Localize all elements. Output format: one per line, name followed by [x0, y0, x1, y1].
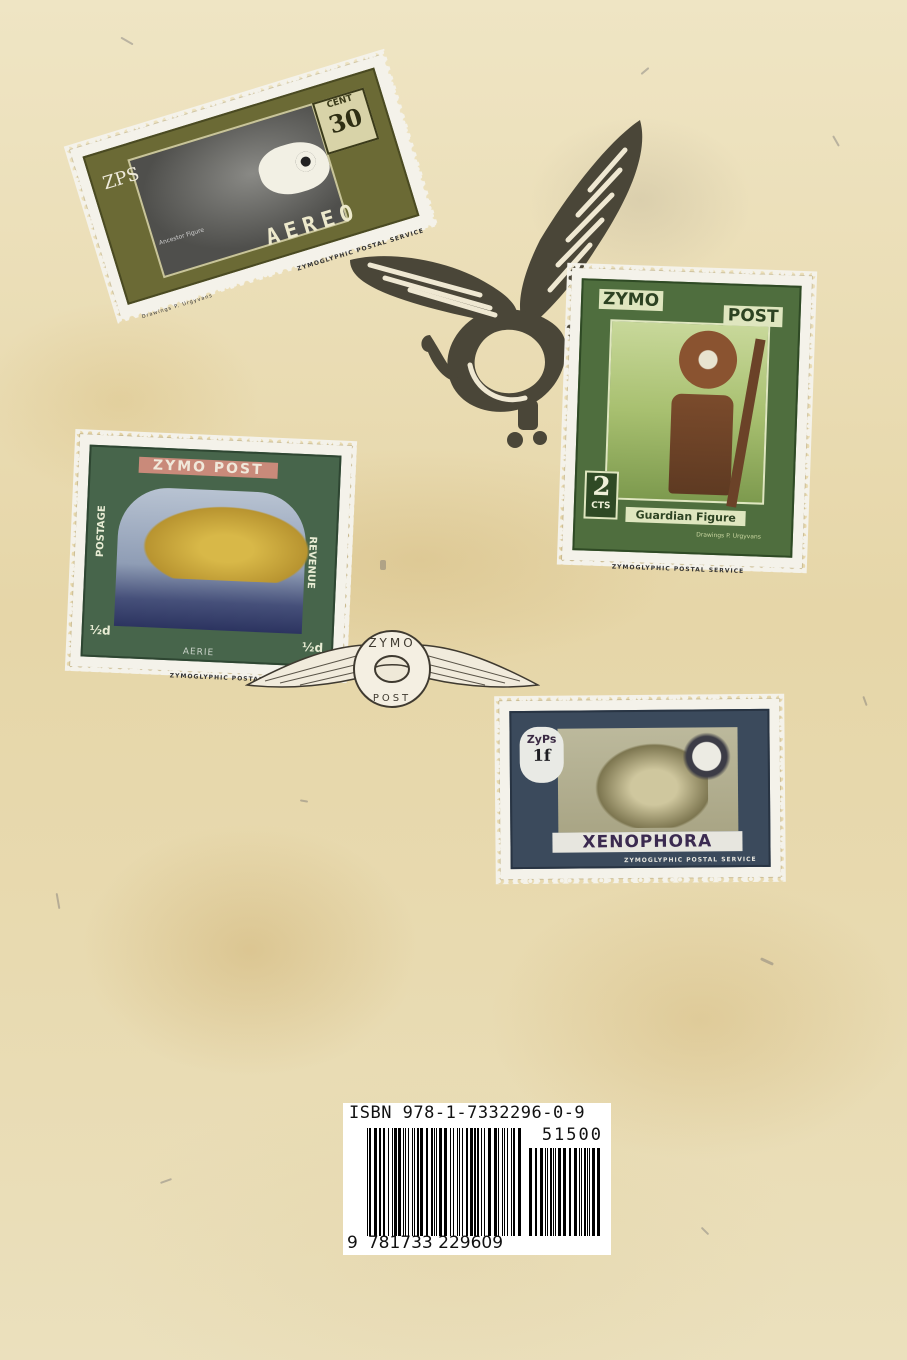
isbn-barcode: ISBN 978-1-7332296-0-9 51500 9781733 229…: [343, 1103, 611, 1255]
stamp-bat-value-left: ½d: [89, 623, 111, 638]
stamp-guardian-header-right: POST: [723, 305, 782, 327]
stamp-bat-sky: [114, 486, 308, 634]
stamp-bat-banner: ZYMO POST: [139, 457, 278, 479]
stamp-xeno-value-badge: ZyPs 1f: [519, 727, 563, 783]
stamp-guardian-header-left: ZYMO: [599, 289, 664, 311]
sun-face-icon: [682, 731, 732, 781]
stamp-aereo-issuer: ZPS: [100, 168, 126, 195]
stamp-guardian-value-box: 2 CTS: [583, 470, 619, 519]
price-addon-bars: [529, 1148, 605, 1236]
stamp-guardian-artist: Drawings P. Urgyvans: [696, 531, 761, 540]
ean-digits: 9781733 229609: [347, 1233, 503, 1253]
stamp-guardian-title: Guardian Figure: [625, 507, 746, 526]
ean-barcode-bars: [367, 1128, 522, 1236]
stamp-xeno-value: 1f: [520, 746, 564, 765]
stamp-guardian-figure: ZYMO POST 2 CTS Guardian Figure Drawings…: [562, 268, 812, 568]
stamp-bat-side-left: POSTAGE: [95, 505, 108, 557]
mask-figure-icon: [253, 134, 335, 202]
stamp-bat-bottom-label: AERIE: [183, 647, 215, 658]
stamp-bat-side-right: REVENUE: [304, 536, 317, 589]
golden-bat-icon: [130, 497, 323, 585]
zymo-badge-top-text: ZYMO: [368, 636, 415, 650]
price-code: 51500: [542, 1125, 603, 1145]
isbn-text: ISBN 978-1-7332296-0-9: [349, 1103, 585, 1123]
stamp-guardian-value: 2: [586, 473, 617, 502]
guardian-head-icon: [678, 330, 738, 390]
stamp-xeno-name: XENOPHORA: [552, 831, 742, 853]
stamp-guardian-scene: [604, 319, 770, 504]
guardian-body-icon: [668, 393, 733, 495]
stamp-xeno-service: ZYMOGLYPHIC POSTAL SERVICE: [624, 856, 757, 864]
stamp-xeno-scene: [557, 727, 738, 833]
zymo-badge-bottom-text: POST: [373, 693, 411, 704]
stamp-xeno-issuer: ZyPs: [520, 733, 564, 746]
stamp-xenophora: ZyPs 1f XENOPHORA ZYMOGLYPHIC POSTAL SER…: [499, 699, 781, 879]
